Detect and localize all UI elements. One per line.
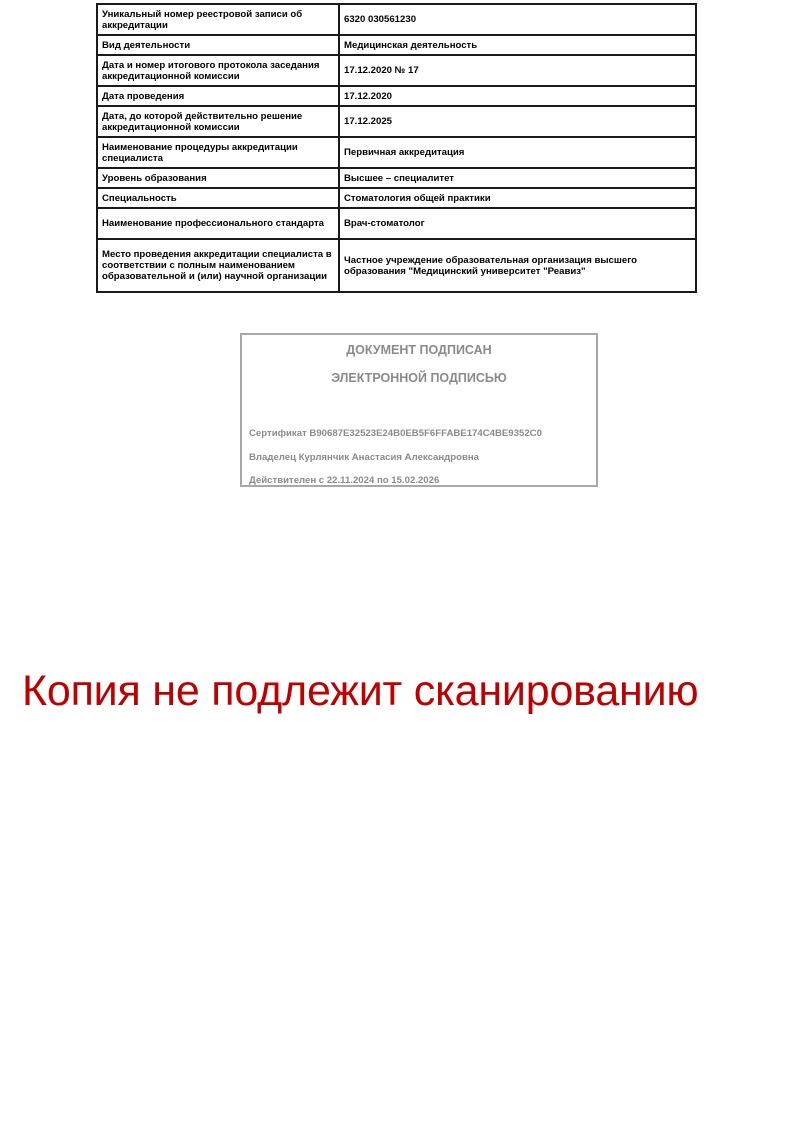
table-row: Уникальный номер реестровой записи об ак… <box>97 4 696 35</box>
row-value: 17.12.2020 <box>339 86 696 106</box>
row-value: Высшее – специалитет <box>339 168 696 188</box>
row-label: Дата, до которой действительно решение а… <box>97 106 339 137</box>
table-row: Наименование профессионального стандарта… <box>97 208 696 239</box>
accreditation-info-table: Уникальный номер реестровой записи об ак… <box>96 3 697 293</box>
stamp-title-line2: ЭЛЕКТРОННОЙ ПОДПИСЬЮ <box>242 371 596 385</box>
row-value: Врач-стоматолог <box>339 208 696 239</box>
stamp-title-line1: ДОКУМЕНТ ПОДПИСАН <box>242 343 596 357</box>
row-label: Наименование профессионального стандарта <box>97 208 339 239</box>
row-value: Медицинская деятельность <box>339 35 696 55</box>
certificate-number: Сертификат B90687E32523E24B0EB5F6FFABE17… <box>249 428 542 439</box>
table-row: Уровень образования Высшее – специалитет <box>97 168 696 188</box>
row-value: 17.12.2025 <box>339 106 696 137</box>
electronic-signature-stamp: ДОКУМЕНТ ПОДПИСАН ЭЛЕКТРОННОЙ ПОДПИСЬЮ С… <box>240 333 598 487</box>
row-label: Дата проведения <box>97 86 339 106</box>
row-value: 6320 030561230 <box>339 4 696 35</box>
table-row: Вид деятельности Медицинская деятельност… <box>97 35 696 55</box>
certificate-owner: Владелец Курлянчик Анастасия Александров… <box>249 452 479 463</box>
table-row: Дата и номер итогового протокола заседан… <box>97 55 696 86</box>
row-label: Уникальный номер реестровой записи об ак… <box>97 4 339 35</box>
table-row: Дата проведения 17.12.2020 <box>97 86 696 106</box>
row-value: Частное учреждение образовательная орган… <box>339 239 696 292</box>
row-value: Первичная аккредитация <box>339 137 696 168</box>
row-label: Дата и номер итогового протокола заседан… <box>97 55 339 86</box>
row-label: Специальность <box>97 188 339 208</box>
row-label: Уровень образования <box>97 168 339 188</box>
table-row: Специальность Стоматология общей практик… <box>97 188 696 208</box>
row-value: Стоматология общей практики <box>339 188 696 208</box>
certificate-validity: Действителен с 22.11.2024 по 15.02.2026 <box>249 475 439 486</box>
table-row: Наименование процедуры аккредитации спец… <box>97 137 696 168</box>
row-value: 17.12.2020 № 17 <box>339 55 696 86</box>
row-label: Место проведения аккредитации специалист… <box>97 239 339 292</box>
row-label: Наименование процедуры аккредитации спец… <box>97 137 339 168</box>
table-row: Дата, до которой действительно решение а… <box>97 106 696 137</box>
row-label: Вид деятельности <box>97 35 339 55</box>
no-scan-watermark: Копия не подлежит сканированию <box>22 667 698 716</box>
table-row: Место проведения аккредитации специалист… <box>97 239 696 292</box>
